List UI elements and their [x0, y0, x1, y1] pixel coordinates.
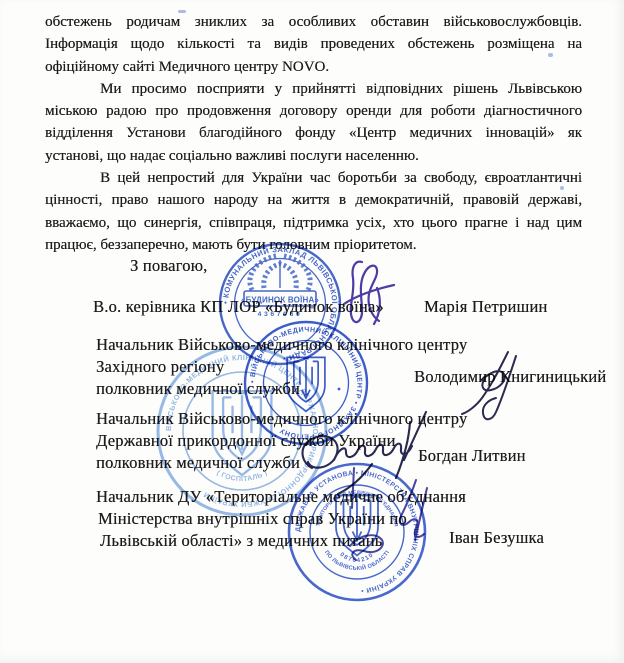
signatory-name: Марія Петришин [424, 297, 547, 317]
body-line: В цей непростий для України час боротьби… [45, 167, 582, 189]
svg-text:*: * [190, 457, 194, 467]
signature-ivan-bezushka [330, 466, 480, 601]
scan-speck [560, 186, 564, 190]
closing-salutation: З повагою, [130, 256, 207, 276]
body-line: міською радою про продовження договору о… [45, 100, 582, 122]
svg-text:( ГОСПІТАЛЬ ): ( ГОСПІТАЛЬ ) [215, 470, 269, 484]
signature-maria-petryshyn [332, 248, 412, 340]
stamp-bottom-text: ( ГОСПІТАЛЬ ) [215, 470, 269, 484]
body-line: Ми просимо посприяти у прийнятті відпові… [45, 78, 582, 100]
scan-speck [178, 10, 186, 13]
body-line: цінності, право нашого народу на життя в… [45, 189, 582, 211]
letter-body: обстежень родичам зниклих за особливих о… [45, 11, 582, 256]
stamp-banner-text: «БУДИНОК ВОЇНА» [241, 296, 319, 305]
scan-speck [548, 53, 553, 57]
body-line: офіційному сайті Медичного центру NOVO. [45, 56, 582, 78]
body-line: установі, що надає соціально важливі пос… [45, 145, 582, 167]
signature-volodymyr-knyhynytskyi [438, 342, 548, 432]
trident-emblem-icon [213, 391, 272, 475]
body-line: Інформація щодо кількості та видів прове… [45, 33, 582, 55]
body-line: відділення Установи благодійного фонду «… [45, 122, 582, 144]
body-line: обстежень родичам зниклих за особливих о… [45, 11, 582, 33]
body-line: вважаємо, що синергія, співпраця, підтри… [45, 212, 582, 234]
scanned-letter-page: обстежень родичам зниклих за особливих о… [0, 0, 624, 663]
